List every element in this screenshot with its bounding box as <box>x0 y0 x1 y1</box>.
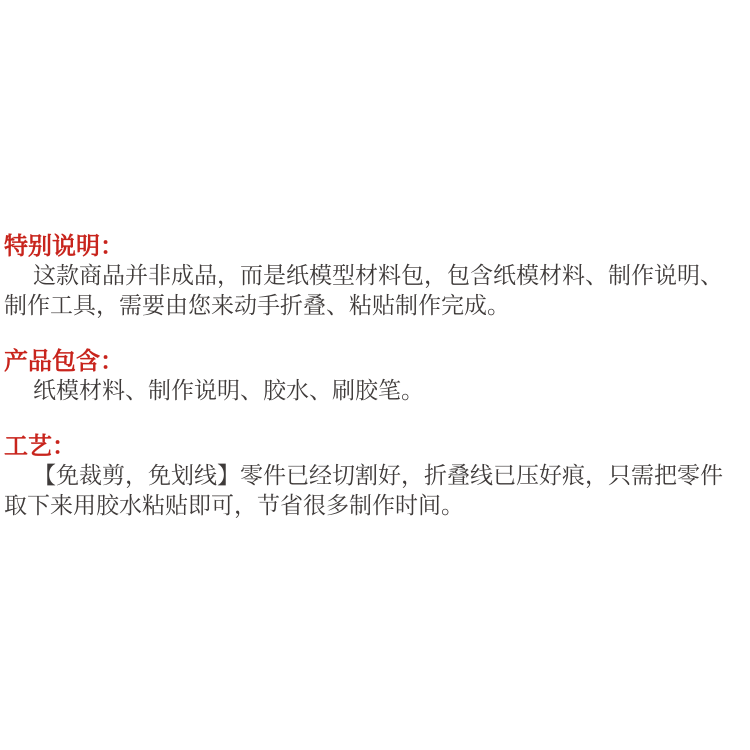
section-heading-special-note: 特别说明： <box>4 231 742 261</box>
section-body-special-note: 这款商品并非成品，而是纸模型材料包，包含纸模材料、制作说明、制作工具，需要由您来… <box>4 261 742 321</box>
section-heading-product-contents: 产品包含： <box>4 346 742 376</box>
section-product-contents: 产品包含： 纸模材料、制作说明、胶水、刷胶笔。 <box>4 346 742 406</box>
section-craft: 工艺： 【免裁剪，免划线】零件已经切割好，折叠线已压好痕，只需把零件取下来用胶水… <box>4 431 742 521</box>
product-description: 特别说明： 这款商品并非成品，而是纸模型材料包，包含纸模材料、制作说明、制作工具… <box>4 231 742 521</box>
section-special-note: 特别说明： 这款商品并非成品，而是纸模型材料包，包含纸模材料、制作说明、制作工具… <box>4 231 742 321</box>
section-heading-craft: 工艺： <box>4 431 742 461</box>
section-body-craft: 【免裁剪，免划线】零件已经切割好，折叠线已压好痕，只需把零件取下来用胶水粘贴即可… <box>4 461 742 521</box>
section-body-product-contents: 纸模材料、制作说明、胶水、刷胶笔。 <box>4 376 742 406</box>
